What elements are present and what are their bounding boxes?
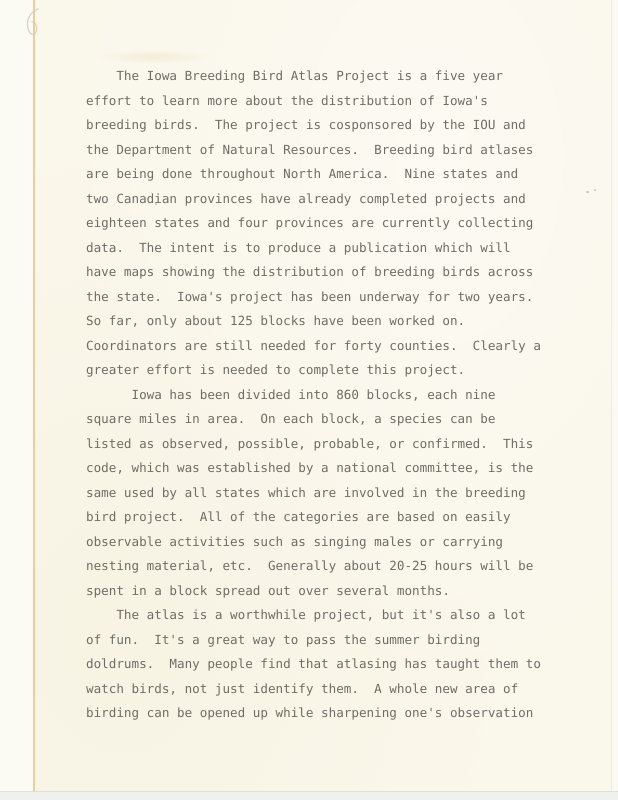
text-line: bird project. All of the categories are … xyxy=(86,505,566,530)
text-line: So far, only about 125 blocks have been … xyxy=(86,309,566,334)
text-line: are being done throughout North America.… xyxy=(86,162,566,187)
text-line: same used by all states which are involv… xyxy=(86,481,566,506)
text-line: code, which was established by a nationa… xyxy=(86,456,566,481)
text-line: eighteen states and four provinces are c… xyxy=(86,211,566,236)
text-line: square miles in area. On each block, a s… xyxy=(86,407,566,432)
text-line: spent in a block spread out over several… xyxy=(86,579,566,604)
text-line: Coordinators are still needed for forty … xyxy=(86,334,566,359)
text-line: observable activities such as singing ma… xyxy=(86,530,566,555)
text-line: listed as observed, possible, probable, … xyxy=(86,432,566,457)
text-line: The Iowa Breeding Bird Atlas Project is … xyxy=(86,64,566,89)
text-line: doldrums. Many people find that atlasing… xyxy=(86,652,566,677)
scanned-document: The Iowa Breeding Bird Atlas Project is … xyxy=(0,0,618,800)
pencil-mark xyxy=(22,6,50,44)
document-text: The Iowa Breeding Bird Atlas Project is … xyxy=(86,64,566,726)
paper-edge-strip xyxy=(0,0,35,791)
text-line: nesting material, etc. Generally about 2… xyxy=(86,554,566,579)
scan-speck xyxy=(594,189,596,191)
text-line: Iowa has been divided into 860 blocks, e… xyxy=(86,383,566,408)
text-line: greater effort is needed to complete thi… xyxy=(86,358,566,383)
paper-right-edge xyxy=(611,0,618,791)
text-line: of fun. It's a great way to pass the sum… xyxy=(86,628,566,653)
text-line: watch birds, not just identify them. A w… xyxy=(86,677,566,702)
text-line: The atlas is a worthwhile project, but i… xyxy=(86,603,566,628)
scan-smudge xyxy=(95,50,215,64)
text-line: data. The intent is to produce a publica… xyxy=(86,236,566,261)
scan-speck xyxy=(586,191,589,193)
text-line: two Canadian provinces have already comp… xyxy=(86,187,566,212)
text-line: have maps showing the distribution of br… xyxy=(86,260,566,285)
text-line: the Department of Natural Resources. Bre… xyxy=(86,138,566,163)
text-line: effort to learn more about the distribut… xyxy=(86,89,566,114)
scanner-background-strip xyxy=(0,791,618,800)
text-line: birding can be opened up while sharpenin… xyxy=(86,701,566,726)
text-line: the state. Iowa's project has been under… xyxy=(86,285,566,310)
text-line: breeding birds. The project is cosponsor… xyxy=(86,113,566,138)
paper-sheet: The Iowa Breeding Bird Atlas Project is … xyxy=(0,0,618,791)
